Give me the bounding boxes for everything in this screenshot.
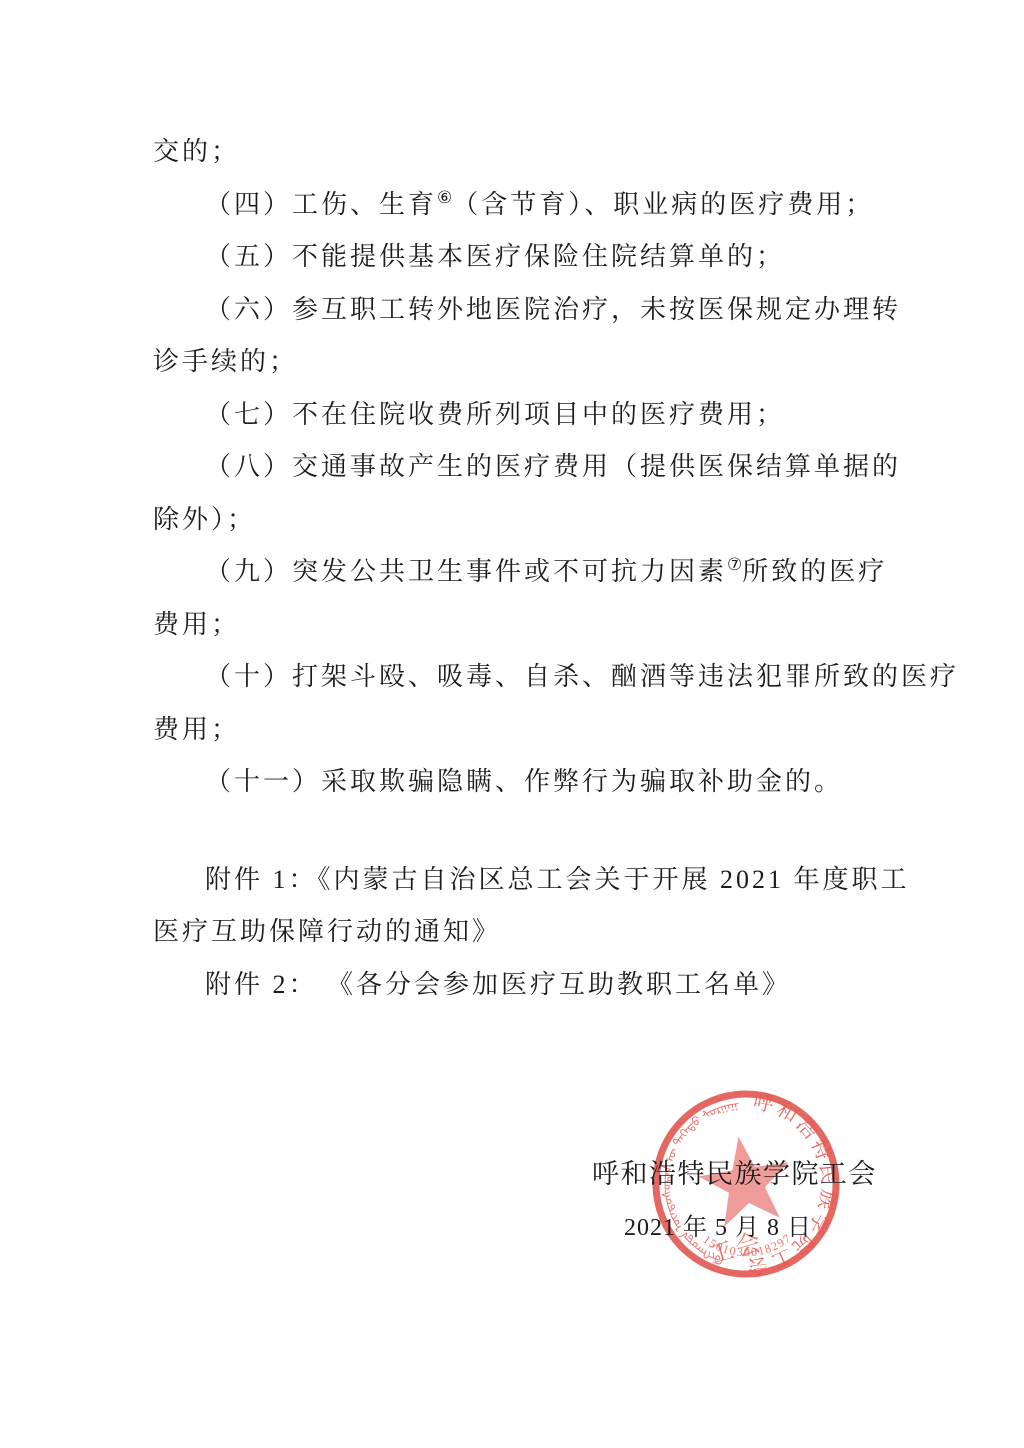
clause-6-continuation: 诊手续的； [153, 336, 889, 389]
clause-9-continuation: 费用； [153, 599, 889, 652]
clause-4: （四）工伤、生育⑥（含节育）、职业病的医疗费用； [153, 179, 889, 232]
attachment-1-line2: 医疗互助保障行动的通知》 [153, 906, 889, 959]
clause-continuation: 交的； [153, 126, 889, 179]
document-page: 交的； （四）工伤、生育⑥（含节育）、职业病的医疗费用； （五）不能提供基本医疗… [0, 0, 1024, 1448]
document-body: 交的； （四）工伤、生育⑥（含节育）、职业病的医疗费用； （五）不能提供基本医疗… [153, 126, 889, 1011]
clause-6: （六）参互职工转外地医院治疗，未按医保规定办理转 [153, 284, 889, 337]
clause-5: （五）不能提供基本医疗保险住院结算单的； [153, 231, 889, 284]
clause-4-text: （四）工伤、生育 [205, 190, 437, 219]
signature-date: 2021 年 5 月 8 日 [624, 1213, 812, 1243]
signature-organization: 呼和浩特民族学院工会 [592, 1159, 877, 1189]
clause-10: （十）打架斗殴、吸毒、自杀、酗酒等违法犯罪所致的医疗 [153, 651, 889, 704]
footnote-ref-6: ⑥ [437, 172, 452, 225]
clause-10-continuation: 费用； [153, 704, 889, 757]
clause-8: （八）交通事故产生的医疗费用（提供医保结算单据的 [153, 441, 889, 494]
clause-11: （十一）采取欺骗隐瞒、作弊行为骗取补助金的。 [153, 756, 889, 809]
clause-9-text-cont: 所致的医疗 [742, 557, 887, 586]
clause-9: （九）突发公共卫生事件或不可抗力因素⑦所致的医疗 [153, 546, 889, 599]
clause-7: （七）不在住院收费所列项目中的医疗费用； [153, 389, 889, 442]
paragraph-gap [153, 809, 889, 854]
footnote-ref-7: ⑦ [727, 539, 742, 592]
attachment-2: 附件 2： 《各分会参加医疗互助教职工名单》 [153, 959, 889, 1012]
attachment-1-line1: 附件 1：《内蒙古自治区总工会关于开展 2021 年度职工 [153, 854, 889, 907]
clause-4-text-cont: （含节育）、职业病的医疗费用； [452, 190, 874, 219]
clause-9-text: （九）突发公共卫生事件或不可抗力因素 [205, 557, 727, 586]
clause-8-continuation: 除外）； [153, 494, 889, 547]
